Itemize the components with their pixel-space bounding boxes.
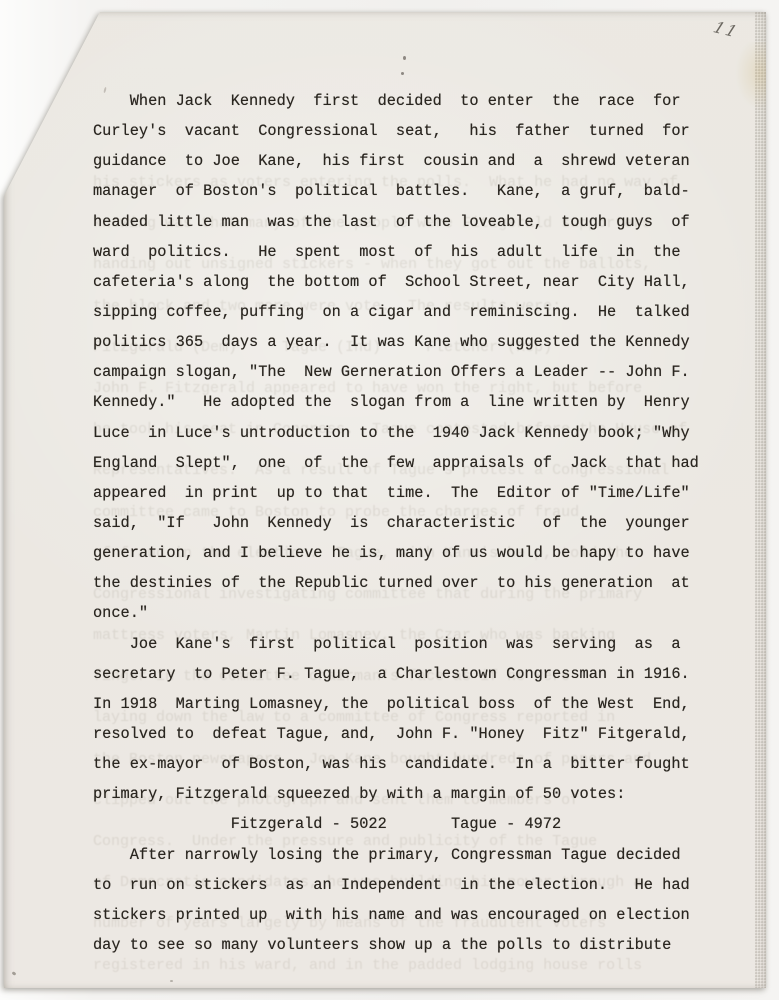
typewritten-line: England Slept", one of the few appraisal… xyxy=(93,448,733,478)
typewritten-text-block: When Jack Kennedy first decided to enter… xyxy=(93,86,733,960)
typewritten-line: Luce in Luce's untroduction to the 1940 … xyxy=(93,418,733,448)
document-page: 11 his stickers as voters entering the p… xyxy=(4,12,766,988)
typewritten-line: stickers printed up with his name and wa… xyxy=(93,900,733,930)
ink-speck xyxy=(401,72,404,75)
typewritten-line: Curley's vacant Congressional seat, his … xyxy=(93,116,733,146)
typewritten-line: appeared in print up to that time. The E… xyxy=(93,478,733,508)
typewritten-line: After narrowly losing the primary, Congr… xyxy=(93,840,733,870)
typewritten-line: politics 365 days a year. It was Kane wh… xyxy=(93,327,733,357)
typewritten-line: Kennedy." He adopted the slogan from a l… xyxy=(93,387,733,417)
typewritten-line: resolved to defeat Tague, and, John F. "… xyxy=(93,719,733,749)
typewritten-line: In 1918 Marting Lomasney, the political … xyxy=(93,689,733,719)
typewritten-line: cafeteria's along the bottom of School S… xyxy=(93,267,733,297)
typewritten-line: campaign slogan, "The New Gerneration Of… xyxy=(93,357,733,387)
typewritten-line: Fitzgerald - 5022 Tague - 4972 xyxy=(93,809,733,839)
typewritten-line: day to see so many volunteers show up a … xyxy=(93,930,733,960)
typewritten-line: sipping coffee, puffing on a cigar and r… xyxy=(93,297,733,327)
typewritten-line: When Jack Kennedy first decided to enter… xyxy=(93,86,733,116)
deckled-right-edge xyxy=(755,12,766,988)
typewritten-line: primary, Fitzgerald squeezed by with a m… xyxy=(93,779,733,809)
typewritten-line: the ex-mayor of Boston, was his candidat… xyxy=(93,749,733,779)
typewritten-line: generation, and I believe he is, many of… xyxy=(93,538,733,568)
handwritten-page-number: 11 xyxy=(711,18,742,42)
typewritten-line: headed little man was the last of the lo… xyxy=(93,207,733,237)
page-shadow-wrapper: 11 his stickers as voters entering the p… xyxy=(4,12,766,988)
typewritten-line: manager of Boston's political battles. K… xyxy=(93,176,733,206)
typewritten-line: ward politics. He spent most of his adul… xyxy=(93,237,733,267)
typewritten-line: said, "If John Kennedy is characteristic… xyxy=(93,508,733,538)
ink-speck xyxy=(12,971,17,976)
ink-speck xyxy=(403,56,406,60)
typewritten-line: secretary to Peter F. Tague, a Charlesto… xyxy=(93,659,733,689)
typewritten-line: guidance to Joe Kane, his first cousin a… xyxy=(93,146,733,176)
typewritten-line: the destinies of the Republic turned ove… xyxy=(93,568,733,598)
ink-speck xyxy=(170,980,173,982)
typewritten-line: Joe Kane's first political position was … xyxy=(93,629,733,659)
typewritten-line: to run on stickers as an Independent in … xyxy=(93,870,733,900)
paper-stain xyxy=(734,42,779,112)
typewritten-line: once." xyxy=(93,598,733,628)
scanned-document: 11 his stickers as voters entering the p… xyxy=(0,0,779,1000)
